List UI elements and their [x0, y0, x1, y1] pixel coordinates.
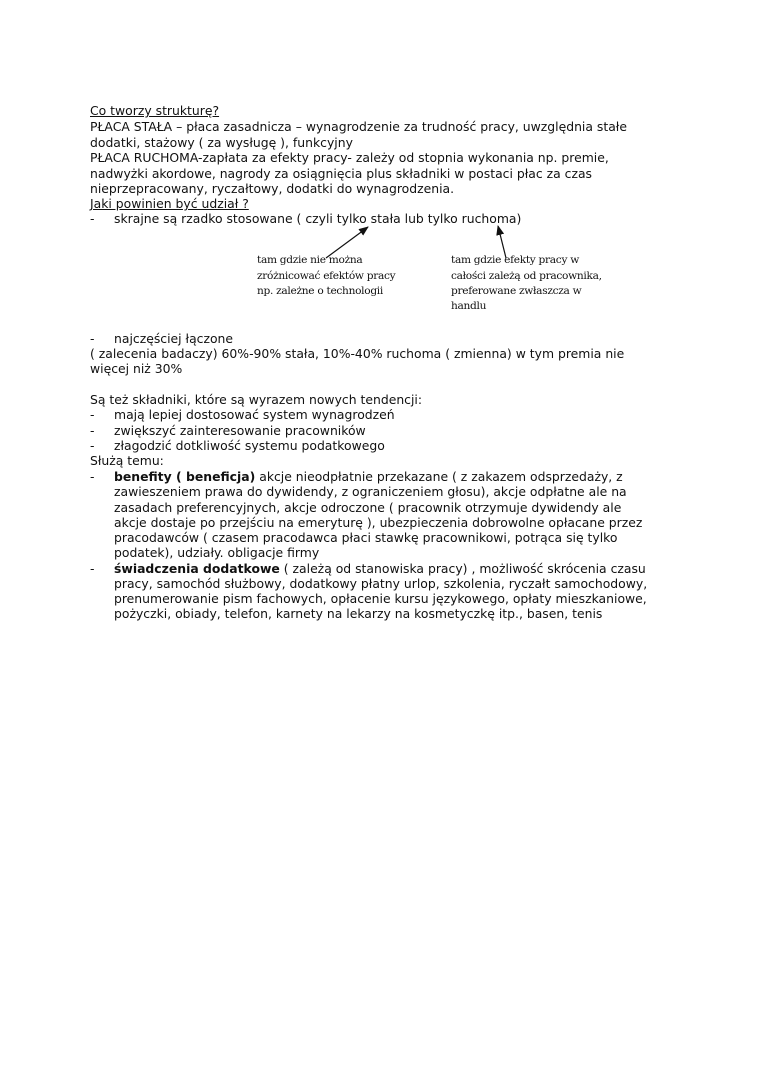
heading-structure: Co tworzy strukturę? — [90, 103, 219, 119]
new-trends-intro: Są też składniki, które są wyrazem nowyc… — [90, 392, 422, 408]
bullet-dash: - — [90, 438, 94, 454]
additional-line: pracy, samochód służbowy, dodatkowy płat… — [114, 576, 647, 592]
placa-ruchoma-line-1: PŁACA RUCHOMA-zapłata za efekty pracy- z… — [90, 150, 609, 166]
additional-line: prenumerowanie pism fachowych, opłacenie… — [114, 591, 647, 607]
trend-item: zwiększyć zainteresowanie pracowników — [114, 423, 366, 439]
note-right-line-4: handlu — [451, 298, 486, 314]
note-left-line-3: np. zależne o technologii — [257, 283, 383, 299]
benefits-line-1: benefity ( beneficja) akcje nieodpłatnie… — [114, 469, 623, 485]
document-page: Co tworzy strukturę? PŁACA STAŁA – płaca… — [0, 0, 760, 1075]
bullet-dash: - — [90, 423, 94, 439]
recommendation-line-1: ( zalecenia badaczy) 60%-90% stała, 10%-… — [90, 346, 624, 362]
note-right-line-3: preferowane zwłaszcza w — [451, 283, 581, 299]
additional-line: pożyczki, obiady, telefon, karnety na le… — [114, 606, 602, 622]
note-left-line-2: zróżnicować efektów pracy — [257, 268, 395, 284]
additional-text: ( zależą od stanowiska pracy) , możliwoś… — [280, 561, 646, 576]
bullet-dash: - — [90, 407, 94, 423]
benefits-line: podatek), udziały. obligacje firmy — [114, 545, 319, 561]
note-right-line-2: całości zależą od pracownika, — [451, 268, 602, 284]
placa-stala-line-2: dodatki, stażowy ( za wysługę ), funkcyj… — [90, 135, 353, 151]
note-left-line-1: tam gdzie nie można — [257, 252, 362, 268]
benefits-line: akcje dostaje po przejściu na emeryturę … — [114, 515, 642, 531]
trend-item: mają lepiej dostosować system wynagrodze… — [114, 407, 395, 423]
additional-line-1: świadczenia dodatkowe ( zależą od stanow… — [114, 561, 646, 577]
placa-stala-line-1: PŁACA STAŁA – płaca zasadnicza – wynagro… — [90, 119, 627, 135]
bullet-dash: - — [90, 331, 94, 347]
heading-share: Jaki powinien być udział ? — [90, 196, 249, 212]
benefits-line: zawieszeniem prawa do dywidendy, z ogran… — [114, 484, 627, 500]
benefits-line: zasadach preferencyjnych, akcje odroczon… — [114, 500, 621, 516]
recommendation-line-2: więcej niż 30% — [90, 361, 182, 377]
bullet-dash: - — [90, 211, 94, 227]
serve-label: Służą temu: — [90, 453, 164, 469]
benefits-line: pracodawców ( czasem pracodawca płaci st… — [114, 530, 618, 546]
bullet-dash: - — [90, 469, 94, 485]
note-right-line-1: tam gdzie efekty pracy w — [451, 252, 579, 268]
benefits-text: akcje nieodpłatnie przekazane ( z zakaze… — [255, 469, 622, 484]
bullet-extreme: skrajne są rzadko stosowane ( czyli tylk… — [114, 211, 521, 227]
benefits-term: benefity ( beneficja) — [114, 469, 255, 484]
bullet-combined: najczęściej łączone — [114, 331, 233, 347]
placa-ruchoma-line-2: nadwyżki akordowe, nagrody za osiągnięci… — [90, 166, 592, 182]
bullet-dash: - — [90, 561, 94, 577]
additional-term: świadczenia dodatkowe — [114, 561, 280, 576]
trend-item: złagodzić dotkliwość systemu podatkowego — [114, 438, 385, 454]
placa-ruchoma-line-3: nieprzepracowany, ryczałtowy, dodatki do… — [90, 181, 454, 197]
